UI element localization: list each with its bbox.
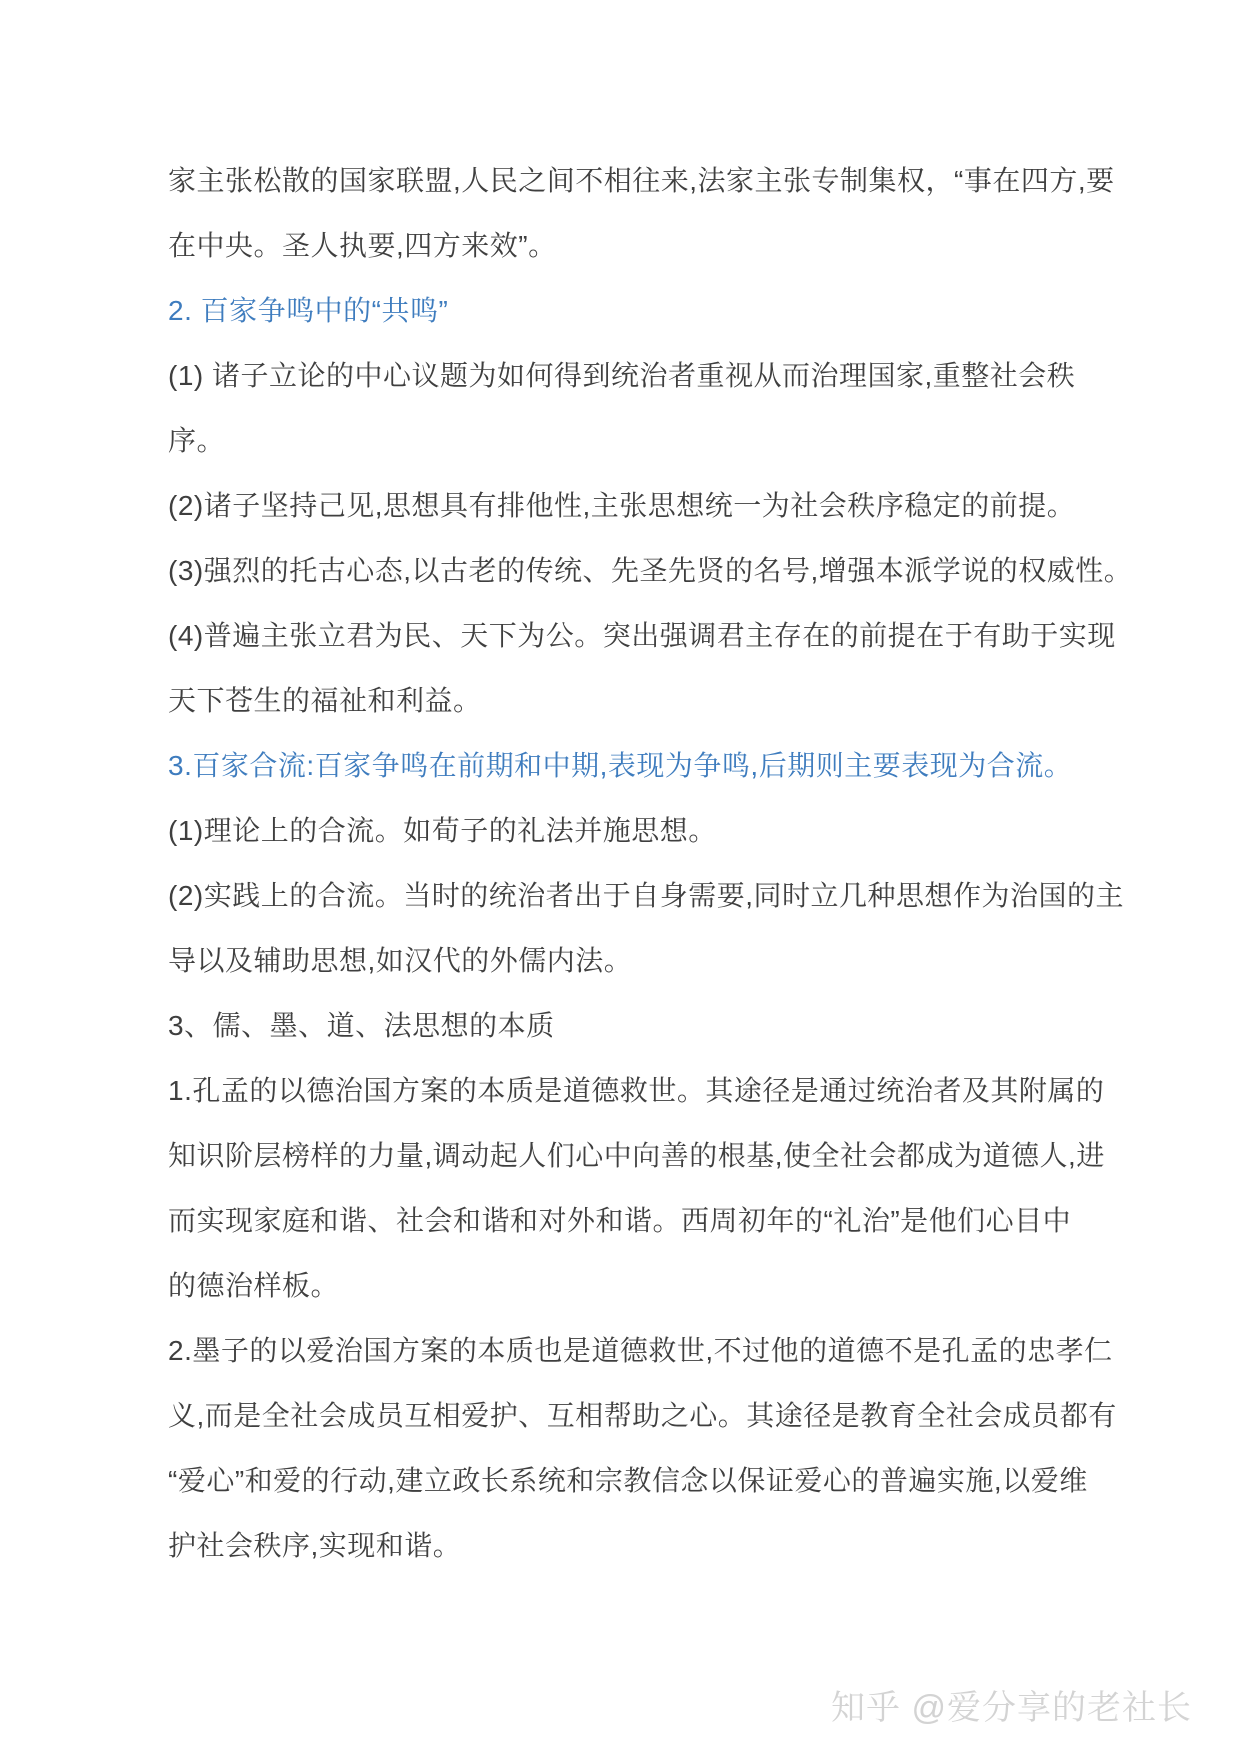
zhihu-watermark: 知乎 @爱分享的老社长 [831,1680,1192,1729]
text-line: 护社会秩序,实现和谐。 [168,1513,1098,1578]
text-line: (1)理论上的合流。如荀子的礼法并施思想。 [168,798,1098,863]
text-line: 1.孔孟的以德治国方案的本质是道德救世。其途径是通过统治者及其附属的 [168,1058,1098,1123]
heading-line: 2. 百家争鸣中的“共鸣” [168,278,1098,343]
article-text-block: 家主张松散的国家联盟,人民之间不相往来,法家主张专制集权，“事在四方,要在中央。… [168,148,1098,1578]
document-page: 家主张松散的国家联盟,人民之间不相往来,法家主张专制集权，“事在四方,要在中央。… [0,0,1242,1757]
text-line: 导以及辅助思想,如汉代的外儒内法。 [168,928,1098,993]
text-line: “爱心”和爱的行动,建立政长系统和宗教信念以保证爱心的普遍实施,以爱维 [168,1448,1098,1513]
text-line: 知识阶层榜样的力量,调动起人们心中向善的根基,使全社会都成为道德人,进 [168,1123,1098,1188]
text-line: (4)普遍主张立君为民、天下为公。突出强调君主存在的前提在于有助于实现 [168,603,1098,668]
text-line: 义,而是全社会成员互相爱护、互相帮助之心。其途径是教育全社会成员都有 [168,1383,1098,1448]
text-line: (2)诸子坚持己见,思想具有排他性,主张思想统一为社会秩序稳定的前提。 [168,473,1098,538]
text-line: 而实现家庭和谐、社会和谐和对外和谐。西周初年的“礼治”是他们心目中 [168,1188,1098,1253]
text-line: 家主张松散的国家联盟,人民之间不相往来,法家主张专制集权，“事在四方,要 [168,148,1098,213]
text-line: 3、儒、墨、道、法思想的本质 [168,993,1098,1058]
text-line: 天下苍生的福祉和利益。 [168,668,1098,733]
text-line: 的德治样板。 [168,1253,1098,1318]
text-line: (1) 诸子立论的中心议题为如何得到统治者重视从而治理国家,重整社会秩 [168,343,1098,408]
text-line: 在中央。圣人执要,四方来效”。 [168,213,1098,278]
text-line: 序。 [168,408,1098,473]
text-line: (2)实践上的合流。当时的统治者出于自身需要,同时立几种思想作为治国的主 [168,863,1098,928]
heading-line: 3.百家合流:百家争鸣在前期和中期,表现为争鸣,后期则主要表现为合流。 [168,733,1098,798]
text-line: (3)强烈的托古心态,以古老的传统、先圣先贤的名号,增强本派学说的权威性。 [168,538,1098,603]
text-line: 2.墨子的以爱治国方案的本质也是道德救世,不过他的道德不是孔孟的忠孝仁 [168,1318,1098,1383]
